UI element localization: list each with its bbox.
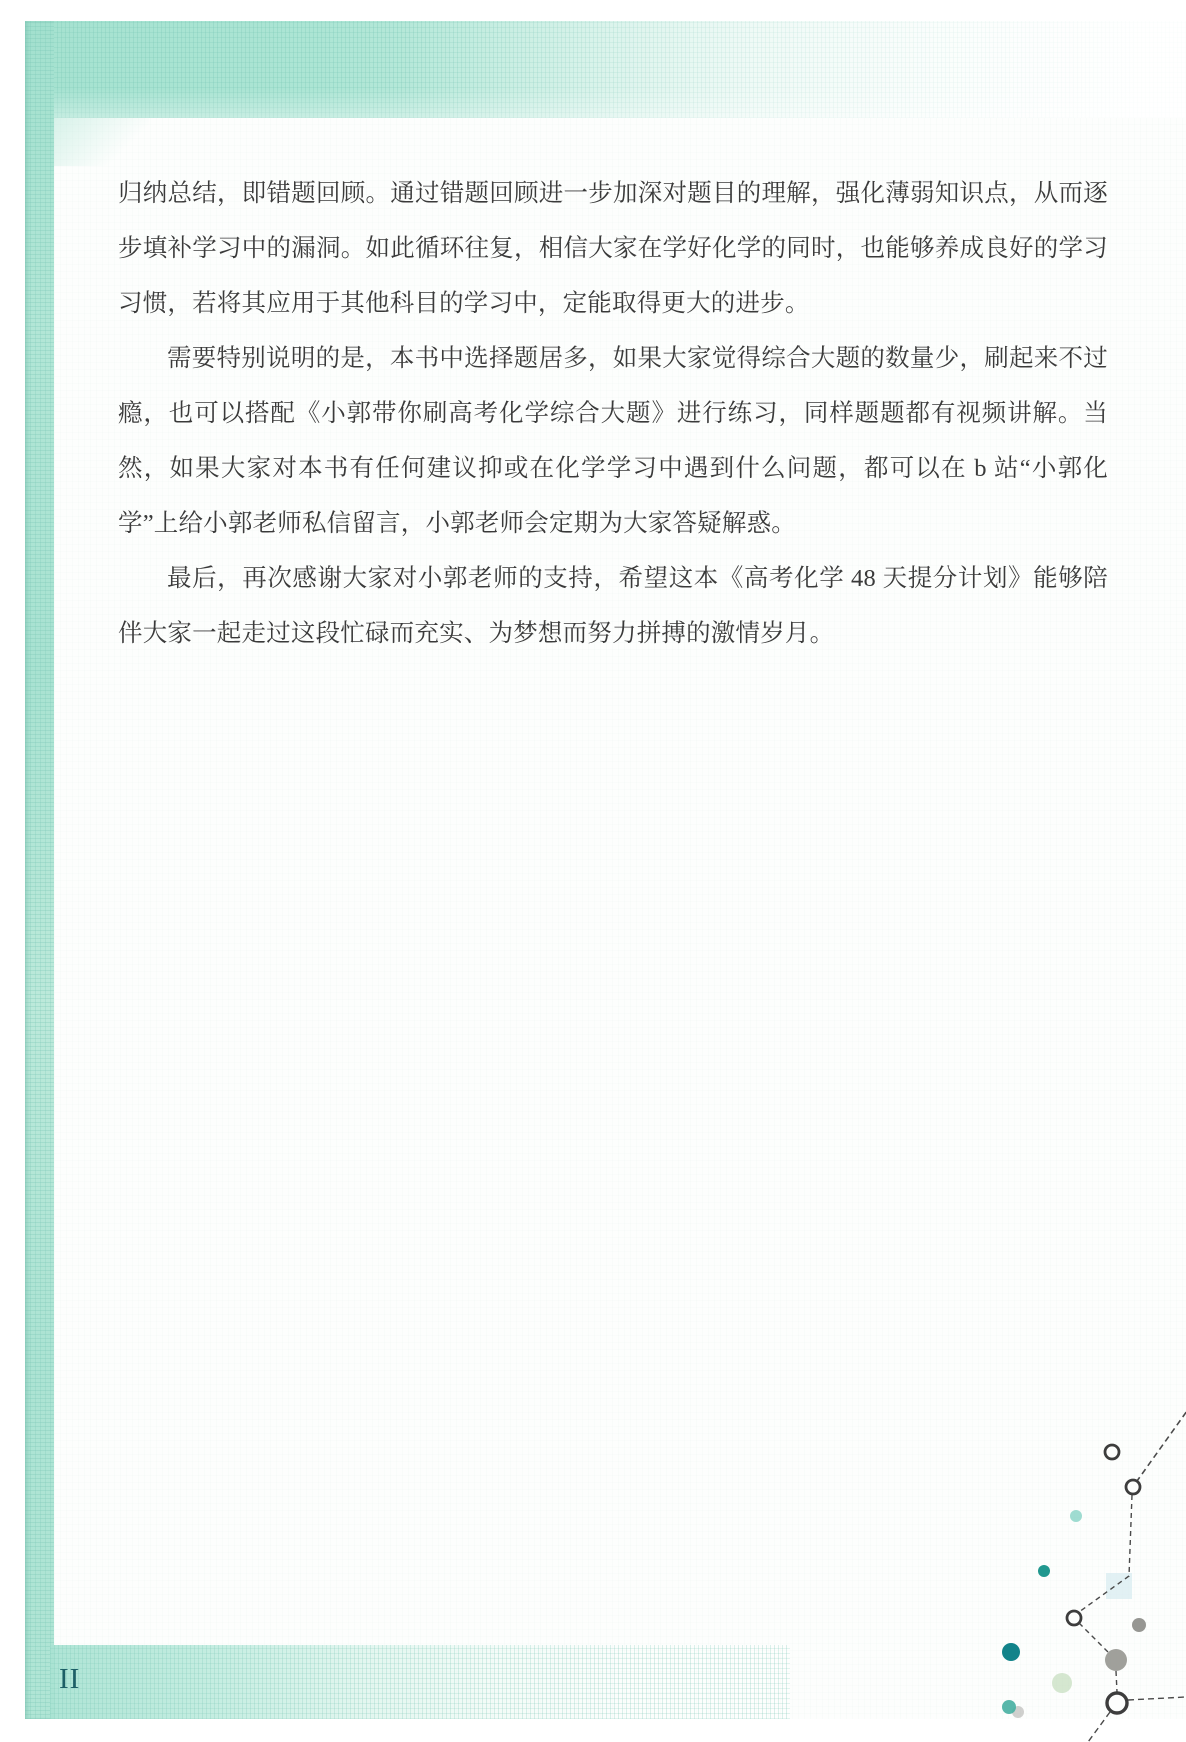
constellation-line [1088,1712,1110,1742]
decor-dot-teal-light [1070,1510,1082,1522]
constellation-line [1079,1623,1109,1653]
page-border-left [25,21,54,1719]
constellation-line [1128,1697,1186,1700]
page-border-bottom [50,1645,790,1719]
page-border-corner-soft [54,118,149,166]
decor-dot-teal-mid [1038,1565,1050,1577]
constellation-node [1107,1693,1127,1713]
constellation-node [1067,1611,1081,1625]
body-paragraph: 归纳总结，即错题回顾。通过错题回顾进一步加深对题目的理解，强化薄弱知识点，从而逐… [118,166,1108,331]
page-number: II [59,1663,80,1696]
decor-dot-teal-dark [1002,1643,1020,1661]
page-body-text: 归纳总结，即错题回顾。通过错题回顾进一步加深对题目的理解，强化薄弱知识点，从而逐… [118,166,1108,661]
decor-dot-gray-hatched [1105,1649,1127,1671]
body-paragraph: 最后，再次感谢大家对小郭老师的支持，希望这本《高考化学 48 天提分计划》能够陪… [118,551,1108,661]
constellation-line [1137,1404,1186,1481]
decor-dot-gray [1132,1618,1146,1632]
constellation-decoration [940,1370,1186,1742]
page-border-top [25,21,1186,118]
decor-dot-green-faint [1052,1673,1072,1693]
scan-margin-top [0,0,1186,21]
constellation-node [1126,1480,1140,1494]
constellation-node [1105,1445,1119,1459]
scan-margin-left [0,0,25,1742]
body-paragraph: 需要特别说明的是，本书中选择题居多，如果大家觉得综合大题的数量少，刷起来不过瘾，… [118,331,1108,551]
constellation-line [1116,1671,1117,1692]
decor-dot-teal-small [1002,1700,1016,1714]
scanned-page: 归纳总结，即错题回顾。通过错题回顾进一步加深对题目的理解，强化薄弱知识点，从而逐… [0,0,1186,1742]
